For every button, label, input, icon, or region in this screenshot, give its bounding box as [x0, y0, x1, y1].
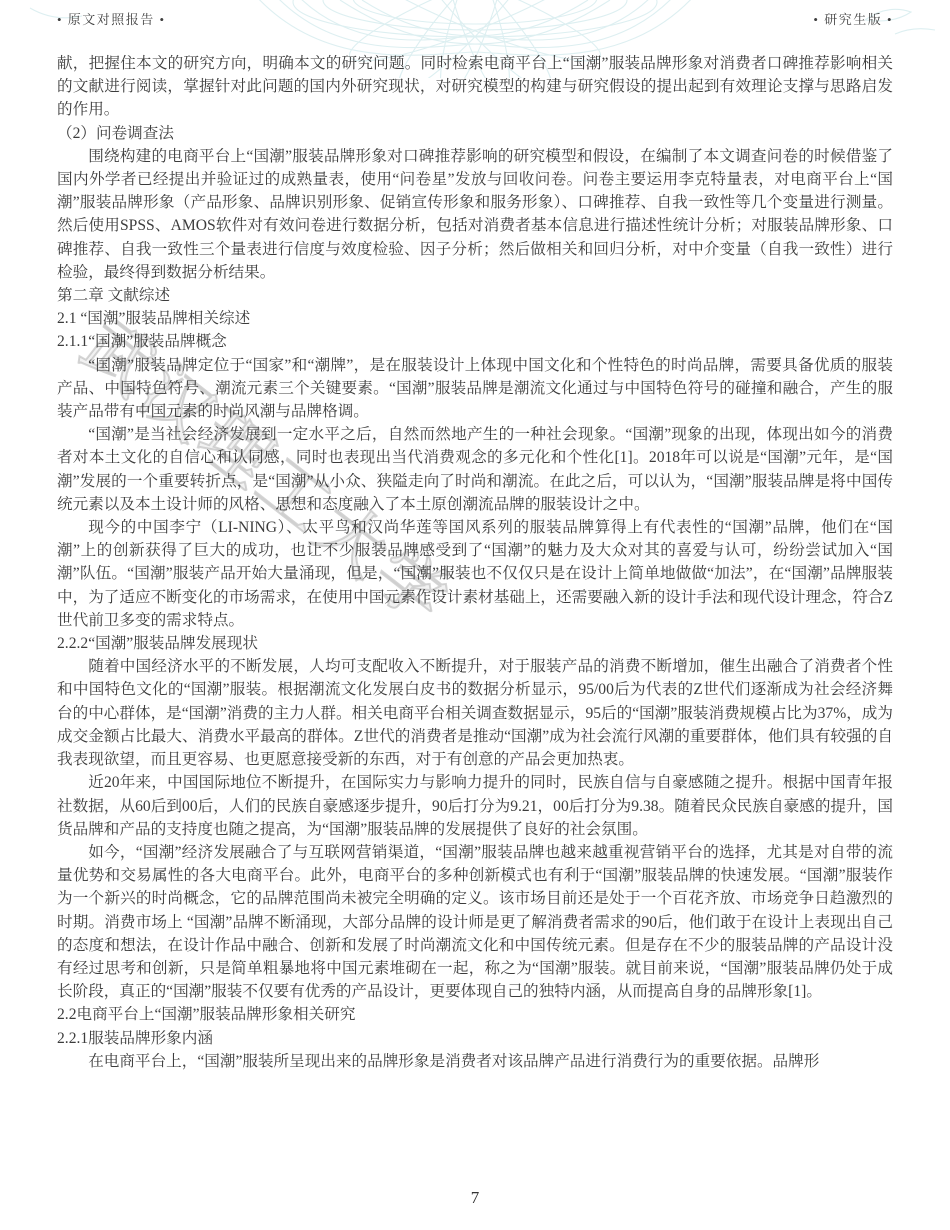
heading-line: 第二章 文献综述	[57, 284, 893, 307]
paragraph: 如今，“国潮”经济发展融合了与互联网营销渠道，“国潮”服装品牌也越来越重视营销平…	[57, 841, 893, 1003]
heading-line: （2）问卷调查法	[57, 122, 893, 145]
header-right-label: • 研究生版 •	[813, 9, 893, 28]
header-left-label: • 原文对照报告 •	[57, 9, 166, 28]
heading-line: 2.1.1“国潮”服装品牌概念	[57, 330, 893, 353]
paragraph: 现今的中国李宁（LI-NING）、太平鸟和汉尚华莲等国风系列的服装品牌算得上有代…	[57, 516, 893, 632]
heading-line: 2.1 “国潮”服装品牌相关综述	[57, 307, 893, 330]
heading-line: 2.2.1服装品牌形象内涵	[57, 1027, 893, 1050]
paragraph: “国潮”是当社会经济发展到一定水平之后，自然而然地产生的一种社会现象。“国潮”现…	[57, 423, 893, 516]
document-body: 献，把握住本文的研究方向，明确本文的研究问题。同时检索电商平台上“国潮”服装品牌…	[57, 52, 893, 1073]
heading-line: 2.2.2“国潮”服装品牌发展现状	[57, 632, 893, 655]
paragraph: 在电商平台上，“国潮”服装所呈现出来的品牌形象是消费者对该品牌产品进行消费行为的…	[57, 1050, 893, 1073]
heading-line: 2.2电商平台上“国潮”服装品牌形象相关研究	[57, 1003, 893, 1026]
report-page: • 原文对照报告 • • 研究生版 • 武汉理工大学 献，把握住本文的研究方向，…	[0, 0, 950, 1230]
paragraph: 围绕构建的电商平台上“国潮”服装品牌形象对口碑推荐影响的研究模型和假设，在编制了…	[57, 145, 893, 284]
paragraph: 献，把握住本文的研究方向，明确本文的研究问题。同时检索电商平台上“国潮”服装品牌…	[57, 52, 893, 122]
paragraph: 随着中国经济水平的不断发展，人均可支配收入不断提升，对于服装产品的消费不断增加，…	[57, 655, 893, 771]
page-number: 7	[0, 1188, 950, 1208]
paragraph: “国潮”服装品牌定位于“国家”和“潮牌”，是在服装设计上体现中国文化和个性特色的…	[57, 354, 893, 424]
paragraph: 近20年来，中国国际地位不断提升，在国际实力与影响力提升的同时，民族自信与自豪感…	[57, 771, 893, 841]
